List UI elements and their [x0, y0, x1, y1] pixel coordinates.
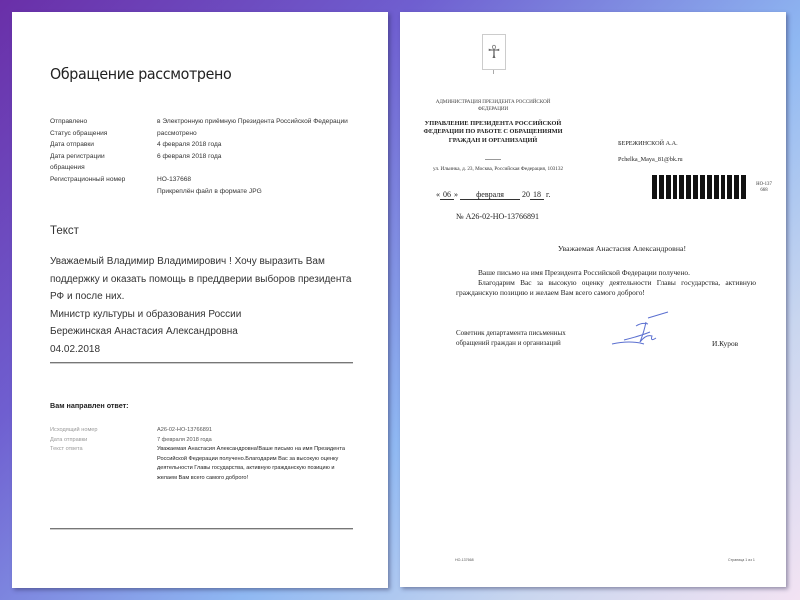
document-number: № А26-02-НО-13766891 [456, 212, 539, 221]
divider [50, 362, 353, 364]
divider [485, 159, 501, 160]
reply-row: Дата отправки7 февраля 2018 года [50, 436, 350, 446]
russian-coat-of-arms-icon: ☥ [482, 34, 506, 70]
section-title: Текст [50, 225, 79, 237]
divider [493, 70, 494, 74]
letter-body: Ваше письмо на имя Президента Российской… [456, 268, 756, 297]
signature-icon [610, 310, 680, 350]
meta-row: Отправленов Электронную приёмную Президе… [50, 116, 360, 128]
appeal-meta: Отправленов Электронную приёмную Президе… [50, 116, 360, 197]
appeal-text: Уважаемый Владимир Владимирович ! Хочу в… [50, 253, 360, 358]
org-address: ул. Ильинка, д. 23, Москва, Российская Ф… [418, 166, 578, 172]
meta-row: Регистрационный номерНО-137668 [50, 174, 360, 186]
reply-details: Исходящий номерА26-02-НО-13766891 Дата о… [50, 426, 350, 484]
footer-reference: НО-137668 [455, 558, 474, 562]
official-reply-letter: ☥ АДМИНИСТРАЦИЯ ПРЕЗИДЕНТА РОССИЙСКОЙ ФЕ… [400, 12, 786, 587]
appeal-status-page: Обращение рассмотрено Отправленов Электр… [12, 12, 388, 588]
reply-title: Вам направлен ответ: [50, 401, 129, 410]
meta-row: Дата регистрации обращения6 февраля 2018… [50, 151, 360, 174]
org-administration: АДМИНИСТРАЦИЯ ПРЕЗИДЕНТА РОССИЙСКОЙ ФЕДЕ… [428, 99, 558, 112]
meta-row: Статус обращениярассмотрено [50, 128, 360, 140]
letter-date: «06» февраля 2018 г. [436, 190, 550, 200]
reply-row: Исходящий номерА26-02-НО-13766891 [50, 426, 350, 436]
barcode-label: НО-137668 [755, 182, 773, 194]
attachment-note: Прикреплён файл в формате JPG [50, 186, 360, 198]
meta-row: Дата отправки4 февраля 2018 года [50, 139, 360, 151]
page-number: Страница 1 из 1 [728, 558, 755, 562]
page-title: Обращение рассмотрено [50, 65, 231, 83]
divider [50, 528, 353, 530]
reply-row: Текст ответаУважаемая Анастасия Александ… [50, 445, 350, 483]
signer-title: Советник департамента письменных обращен… [456, 329, 566, 348]
recipient: БЕРЕЖИНСКОЙ А.А. Pchelka_Maya_81@bk.ru [618, 136, 683, 168]
signer-name: И.Куров [712, 339, 738, 348]
recipient-email: Pchelka_Maya_81@bk.ru [618, 152, 683, 168]
recipient-name: БЕРЕЖИНСКОЙ А.А. [618, 136, 683, 152]
barcode-icon [652, 175, 746, 199]
org-department: УПРАВЛЕНИЕ ПРЕЗИДЕНТА РОССИЙСКОЙ ФЕДЕРАЦ… [422, 120, 564, 145]
greeting: Уважаемая Анастасия Александровна! [400, 244, 786, 253]
